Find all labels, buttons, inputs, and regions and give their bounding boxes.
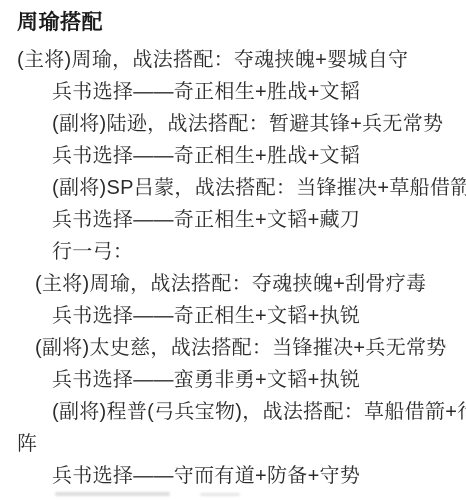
warbook-line-taishici: 兵书选择——蛮勇非勇+文韬+执锐: [17, 364, 460, 396]
warbook-line-chengpu: 兵书选择——守而有道+防备+守势: [17, 460, 460, 492]
build-line-chengpu-wrap: 阵: [17, 428, 460, 460]
section-label-xingyi-bow: 行一弓：: [17, 236, 460, 268]
build-line-main-zhouyu-2: (主将)周瑜，战法搭配：夺魂挟魄+刮骨疗毒: [17, 268, 460, 300]
page-title: 周瑜搭配: [17, 9, 460, 36]
build-line-deputy-chengpu: (副将)程普(弓兵宝物)，战法搭配：草船借箭+行一: [17, 396, 460, 428]
warbook-line-luxun: 兵书选择——奇正相生+胜战+文韬: [17, 140, 460, 172]
build-line-deputy-sp-lvmeng: (副将)SP吕蒙，战法搭配：当锋摧决+草船借箭: [17, 172, 460, 204]
build-line-deputy-luxun: (副将)陆逊，战法搭配：暂避其锋+兵无常势: [17, 108, 460, 140]
warbook-line-zhouyu-2: 兵书选择——奇正相生+文韬+执锐: [17, 300, 460, 332]
warbook-line-sp-lvmeng: 兵书选择——奇正相生+文韬+藏刀: [17, 204, 460, 236]
build-line-main-zhouyu-1: (主将)周瑜，战法搭配：夺魂挟魄+婴城自守: [17, 44, 460, 76]
cropped-next-line-remnant-2: [200, 493, 240, 496]
build-line-deputy-taishici: (副将)太史慈，战法搭配：当锋摧决+兵无常势: [17, 332, 460, 364]
warbook-line-zhouyu-1: 兵书选择——奇正相生+胜战+文韬: [17, 76, 460, 108]
cropped-next-line-remnant: [55, 492, 170, 496]
guide-page: 周瑜搭配 (主将)周瑜，战法搭配：夺魂挟魄+婴城自守 兵书选择——奇正相生+胜战…: [0, 0, 466, 492]
